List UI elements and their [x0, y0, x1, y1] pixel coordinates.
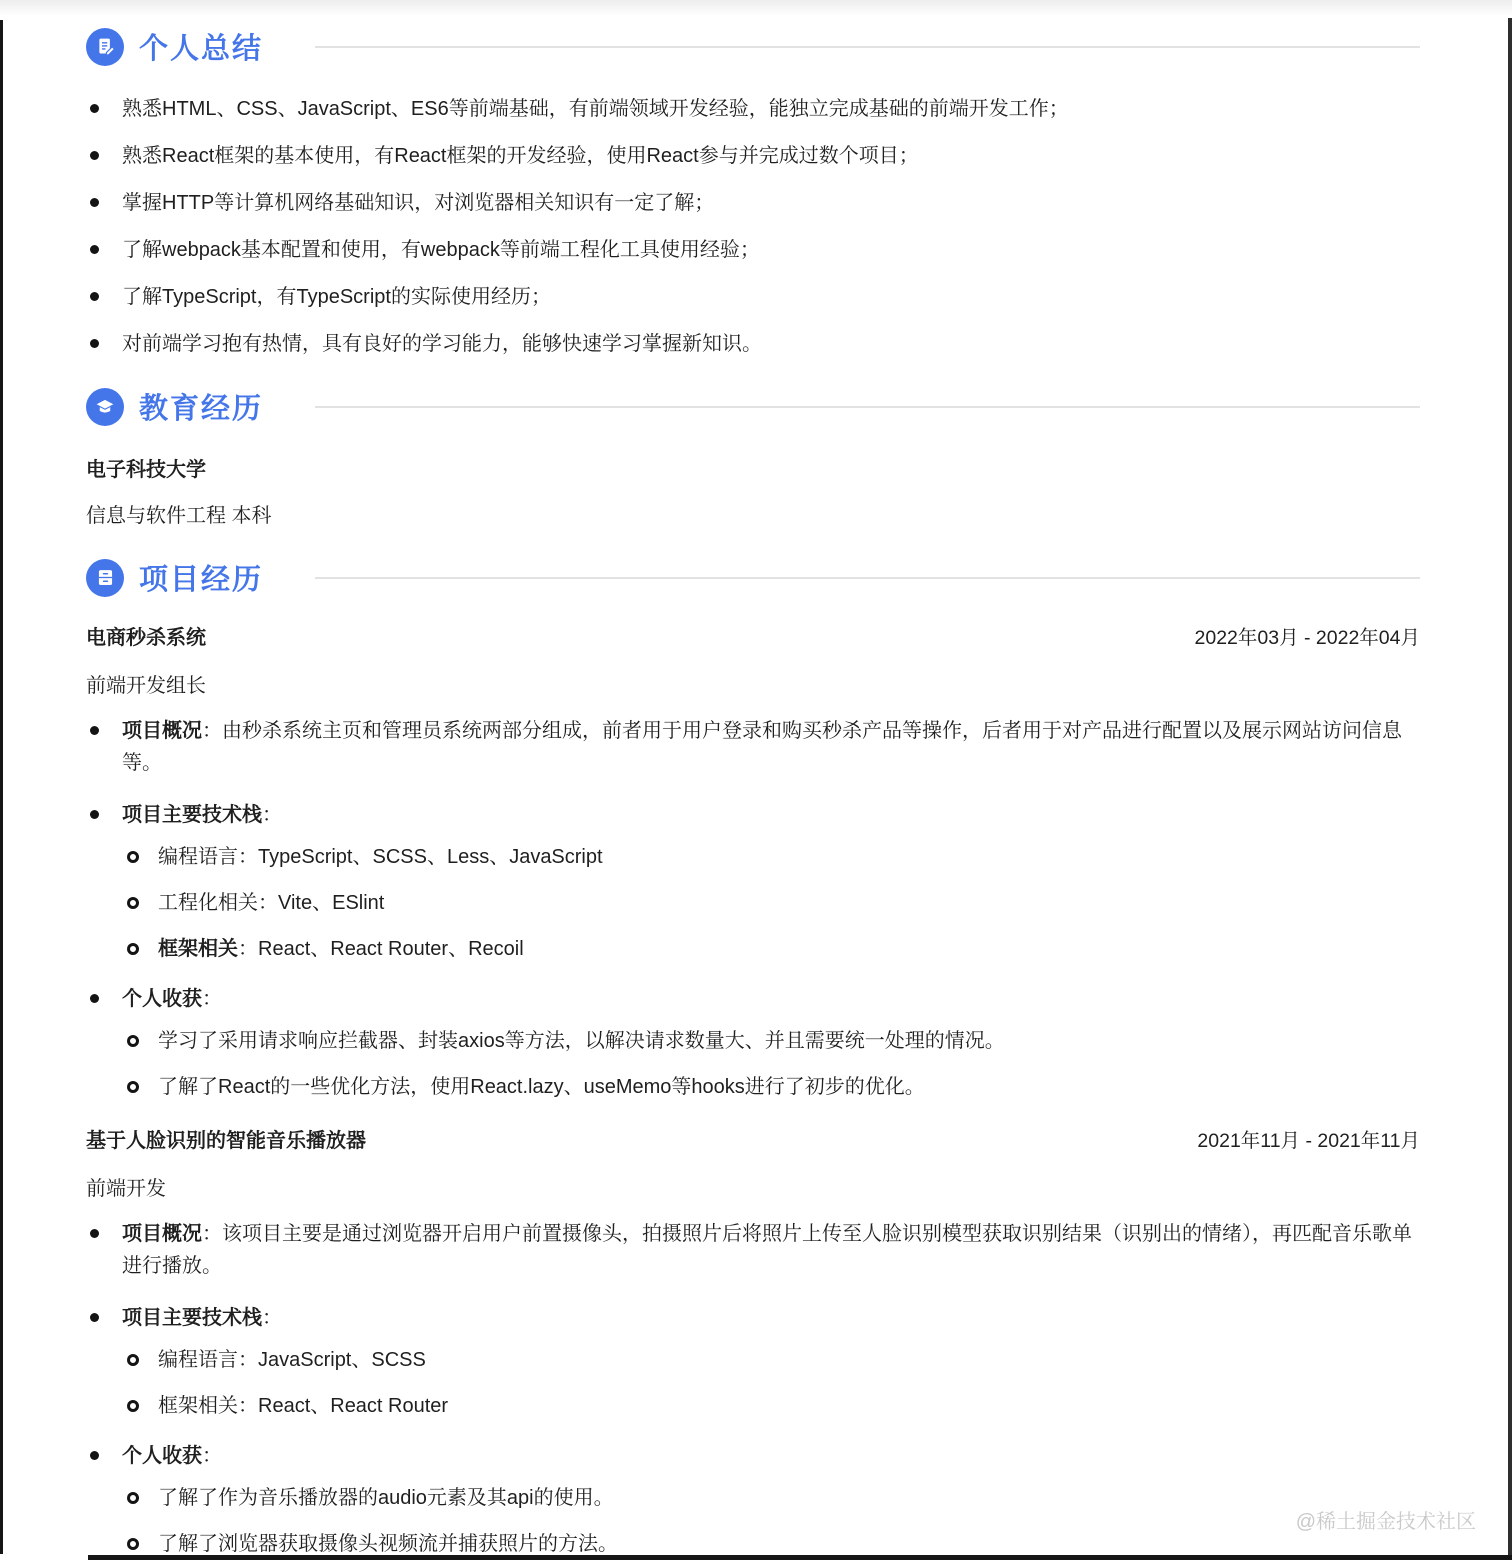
overview-text: ：该项目主要是通过浏览器开启用户前置摄像头，拍摄照片后将照片上传至人脸识别模型获… — [122, 1223, 1412, 1277]
gains-list: 了解了作为音乐播放器的audio元素及其api的使用。 了解了浏览器获取摄像头视… — [122, 1484, 1420, 1558]
project-overview: 项目概况：该项目主要是通过浏览器开启用户前置摄像头，拍摄照片后将照片上传至人脸识… — [86, 1218, 1420, 1282]
summary-item: 对前端学习抱有热情，具有良好的学习能力，能够快速学习掌握新知识。 — [86, 328, 1420, 360]
section-divider — [315, 577, 1420, 579]
section-summary: 个人总结 熟悉HTML、CSS、JavaScript、ES6等前端基础，有前端领… — [86, 26, 1420, 360]
project-2-items: 项目概况：该项目主要是通过浏览器开启用户前置摄像头，拍摄照片后将照片上传至人脸识… — [86, 1218, 1420, 1558]
project-gains: 个人收获： 了解了作为音乐播放器的audio元素及其api的使用。 了解了浏览器… — [86, 1440, 1420, 1558]
graduation-cap-icon — [86, 388, 124, 426]
drawer-cabinet-icon — [86, 559, 124, 597]
section-title-projects: 项目经历 — [139, 557, 263, 598]
section-education: 教育经历 电子科技大学 信息与软件工程 本科 — [86, 386, 1420, 531]
juejin-watermark: @稀土掘金技术社区 — [1296, 1505, 1476, 1534]
gains-colon: ： — [202, 1445, 222, 1467]
project-stack: 项目主要技术栈： 编程语言：TypeScript、SCSS、Less、JavaS… — [86, 799, 1420, 963]
gain-item: 了解了浏览器获取摄像头视频流并捕获照片的方法。 — [122, 1530, 1420, 1558]
section-divider — [315, 46, 1420, 48]
project-gains: 个人收获： 学习了采用请求响应拦截器、封装axios等方法，以解决请求数量大、并… — [86, 983, 1420, 1101]
stack-item-text: ：React、React Router、Recoil — [238, 938, 524, 960]
stack-item-label: 框架相关 — [158, 1395, 238, 1417]
stack-item-label: 框架相关 — [158, 938, 238, 960]
project-1-items: 项目概况：由秒杀系统主页和管理员系统两部分组成，前者用于用户登录和购买秒杀产品等… — [86, 715, 1420, 1101]
stack-item: 编程语言：JavaScript、SCSS — [122, 1346, 1420, 1374]
education-degree: 信息与软件工程 本科 — [86, 501, 1420, 531]
stack-item: 框架相关：React、React Router、Recoil — [122, 935, 1420, 963]
overview-label: 项目概况 — [122, 1223, 202, 1245]
project-2-header: 基于人脸识别的智能音乐播放器 2021年11月 - 2021年11月 — [86, 1126, 1420, 1156]
summary-item: 了解TypeScript，有TypeScript的实际使用经历； — [86, 281, 1420, 313]
stack-colon: ： — [262, 1307, 282, 1329]
section-projects: 项目经历 电商秒杀系统 2022年03月 - 2022年04月 前端开发组长 项… — [86, 557, 1420, 1558]
project-2: 基于人脸识别的智能音乐播放器 2021年11月 - 2021年11月 前端开发 … — [86, 1126, 1420, 1558]
project-name: 电商秒杀系统 — [86, 623, 206, 653]
summary-item: 掌握HTTP等计算机网络基础知识，对浏览器相关知识有一定了解； — [86, 187, 1420, 219]
stack-item-label: 编程语言 — [158, 1349, 238, 1371]
stack-label: 项目主要技术栈 — [122, 804, 262, 826]
project-name: 基于人脸识别的智能音乐播放器 — [86, 1126, 366, 1156]
screenshot-left-edge — [0, 20, 3, 1554]
stack-list: 编程语言：JavaScript、SCSS 框架相关：React、React Ro… — [122, 1346, 1420, 1420]
stack-item: 编程语言：TypeScript、SCSS、Less、JavaScript — [122, 843, 1420, 871]
stack-colon: ： — [262, 804, 282, 826]
stack-item-text: ：JavaScript、SCSS — [238, 1349, 426, 1371]
section-divider — [315, 406, 1420, 408]
stack-item: 框架相关：React、React Router — [122, 1392, 1420, 1420]
summary-item: 熟悉React框架的基本使用，有React框架的开发经验，使用React参与并完… — [86, 140, 1420, 172]
gains-label: 个人收获 — [122, 1445, 202, 1467]
section-title-education: 教育经历 — [139, 386, 263, 427]
stack-item: 工程化相关：Vite、ESlint — [122, 889, 1420, 917]
resume-page: 个人总结 熟悉HTML、CSS、JavaScript、ES6等前端基础，有前端领… — [86, 0, 1420, 1558]
gains-colon: ： — [202, 988, 222, 1010]
screenshot-right-edge — [1508, 18, 1512, 1560]
project-date: 2022年03月 - 2022年04月 — [1195, 623, 1420, 653]
summary-item: 熟悉HTML、CSS、JavaScript、ES6等前端基础，有前端领域开发经验… — [86, 93, 1420, 125]
gains-list: 学习了采用请求响应拦截器、封装axios等方法，以解决请求数量大、并且需要统一处… — [122, 1027, 1420, 1101]
stack-label: 项目主要技术栈 — [122, 1307, 262, 1329]
stack-item-label: 编程语言 — [158, 846, 238, 868]
stack-item-text: ：TypeScript、SCSS、Less、JavaScript — [238, 846, 603, 868]
project-overview: 项目概况：由秒杀系统主页和管理员系统两部分组成，前者用于用户登录和购买秒杀产品等… — [86, 715, 1420, 779]
stack-item-label: 工程化相关 — [158, 892, 258, 914]
document-pen-icon — [86, 28, 124, 66]
summary-item: 了解webpack基本配置和使用，有webpack等前端工程化工具使用经验； — [86, 234, 1420, 266]
section-title-summary: 个人总结 — [139, 26, 263, 67]
stack-item-text: ：Vite、ESlint — [258, 892, 384, 914]
gains-label: 个人收获 — [122, 988, 202, 1010]
project-stack: 项目主要技术栈： 编程语言：JavaScript、SCSS 框架相关：React… — [86, 1302, 1420, 1420]
gain-item: 了解了作为音乐播放器的audio元素及其api的使用。 — [122, 1484, 1420, 1512]
education-section-header: 教育经历 — [86, 386, 1420, 427]
overview-text: ：由秒杀系统主页和管理员系统两部分组成，前者用于用户登录和购买秒杀产品等操作，后… — [122, 720, 1402, 774]
project-1-header: 电商秒杀系统 2022年03月 - 2022年04月 — [86, 623, 1420, 653]
project-1: 电商秒杀系统 2022年03月 - 2022年04月 前端开发组长 项目概况：由… — [86, 623, 1420, 1101]
project-role: 前端开发组长 — [86, 671, 1420, 701]
gain-item: 了解了React的一些优化方法，使用React.lazy、useMemo等hoo… — [122, 1073, 1420, 1101]
gain-item: 学习了采用请求响应拦截器、封装axios等方法，以解决请求数量大、并且需要统一处… — [122, 1027, 1420, 1055]
project-role: 前端开发 — [86, 1174, 1420, 1204]
summary-list: 熟悉HTML、CSS、JavaScript、ES6等前端基础，有前端领域开发经验… — [86, 93, 1420, 360]
overview-label: 项目概况 — [122, 720, 202, 742]
education-school: 电子科技大学 — [86, 455, 1420, 485]
project-date: 2021年11月 - 2021年11月 — [1197, 1126, 1420, 1156]
stack-item-text: ：React、React Router — [238, 1395, 448, 1417]
projects-section-header: 项目经历 — [86, 557, 1420, 598]
stack-list: 编程语言：TypeScript、SCSS、Less、JavaScript 工程化… — [122, 843, 1420, 963]
summary-section-header: 个人总结 — [86, 26, 1420, 67]
